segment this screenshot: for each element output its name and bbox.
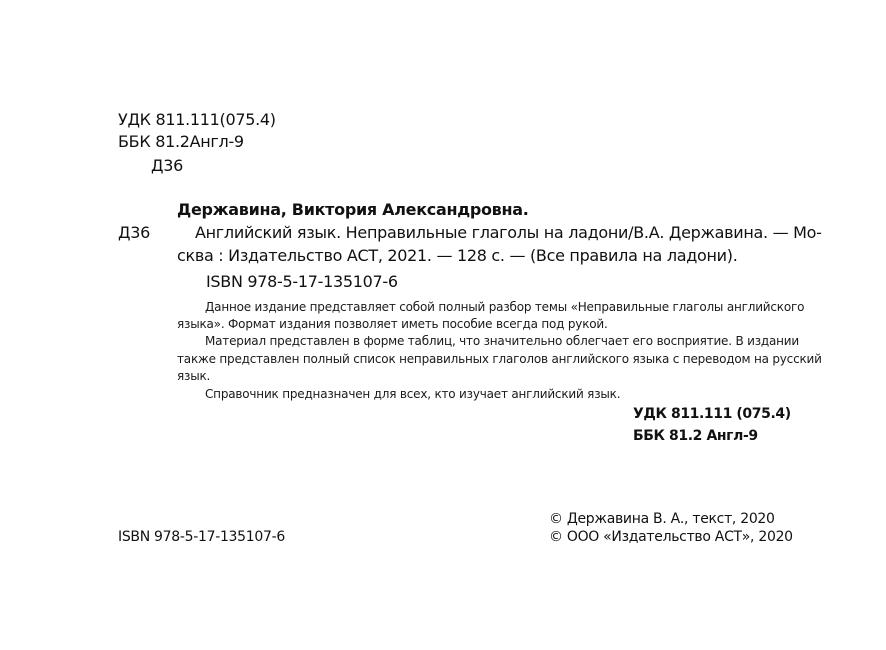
udk-header: УДК 811.111(075.4) [118, 109, 276, 131]
isbn-footer: ISBN 978-5-17-135107-6 [118, 529, 285, 545]
udk-record: УДК 811.111 (075.4) [633, 406, 791, 422]
annotation-line: Справочник предназначен для всех, кто из… [205, 387, 620, 401]
bbk-record: ББК 81.2 Англ-9 [633, 428, 758, 444]
bbk-header: ББК 81.2Англ-9 [118, 131, 244, 153]
annotation-line: языка». Формат издания позволяет иметь п… [177, 317, 608, 331]
title-line-1: Английский язык. Неправильные глаголы на… [195, 223, 822, 242]
copyright-author: © Державина В. А., текст, 2020 [549, 511, 775, 527]
author-name: Державина, Виктория Александровна. [177, 200, 529, 219]
title-line-2: сква : Издательство АСТ, 2021. — 128 с. … [177, 246, 738, 265]
annotation-line: язык. [177, 369, 210, 383]
author-mark: Д36 [118, 223, 150, 242]
copyright-publisher: © ООО «Издательство АСТ», 2020 [549, 529, 793, 545]
author-mark-header: Д36 [151, 155, 183, 177]
annotation-line: Данное издание представляет собой полный… [205, 300, 804, 314]
annotation-line: Материал представлен в форме таблиц, что… [205, 334, 799, 348]
isbn-record: ISBN 978-5-17-135107-6 [206, 272, 398, 291]
annotation-line: также представлен полный список неправил… [177, 352, 822, 366]
